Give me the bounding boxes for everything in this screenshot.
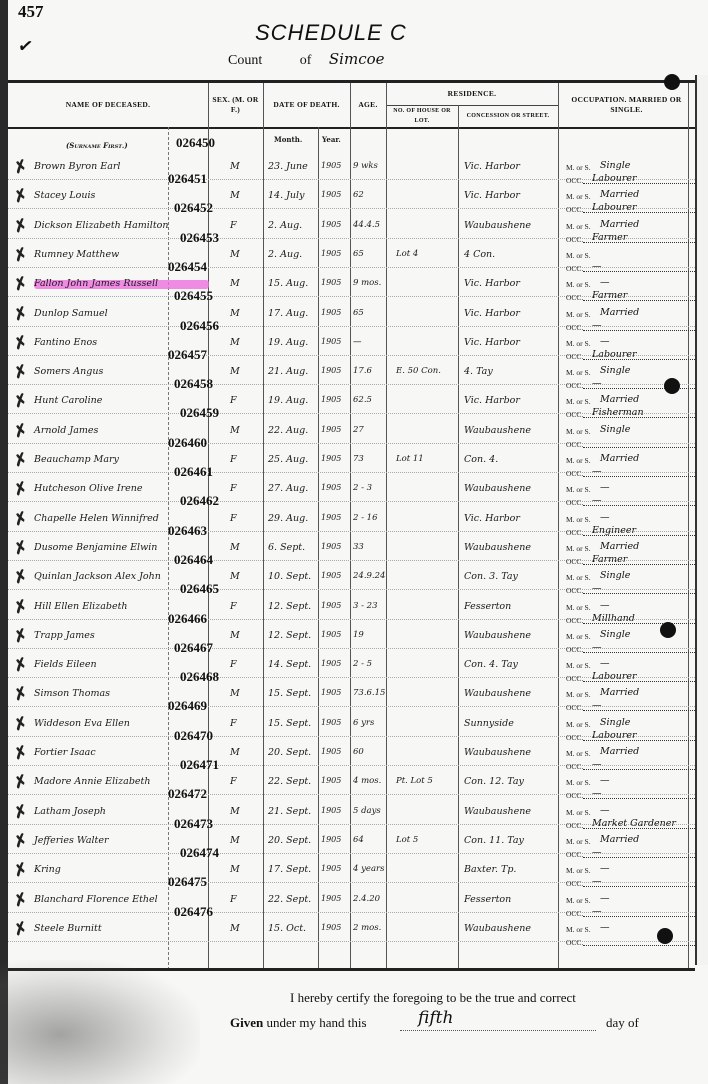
death-year: 1905 <box>321 835 341 844</box>
occupation-value: — <box>592 906 602 917</box>
registration-number: 026475 <box>168 874 207 890</box>
occupation-label: OCC. <box>566 528 583 537</box>
registration-number: 026452 <box>174 200 213 216</box>
occupation-dotted-line <box>583 945 695 946</box>
death-year: 1905 <box>321 688 341 697</box>
death-date: 27. Aug. <box>268 483 308 494</box>
occupation-value: Millhand <box>592 613 635 624</box>
cross-mark-icon: ✗ <box>11 712 30 735</box>
county-of-label: of <box>300 53 312 69</box>
sex-value: M <box>230 425 240 436</box>
page-number: 457 <box>18 2 44 22</box>
deceased-name: Fallon John James Russell <box>34 278 158 289</box>
occupation-value: Labourer <box>592 173 637 184</box>
cross-mark-icon: ✗ <box>11 507 30 530</box>
sex-value: F <box>230 454 237 465</box>
sex-value: F <box>230 659 237 670</box>
death-date: 19. Aug. <box>268 337 308 348</box>
registration-number: 026469 <box>168 698 207 714</box>
sex-value: M <box>230 308 240 319</box>
occupation-value: Labourer <box>592 730 637 741</box>
death-date: 21. Sept. <box>268 806 311 817</box>
header-street: CONCESSION OR STREET. <box>458 105 558 127</box>
occupation-value: — <box>592 583 602 594</box>
marital-status: Single <box>600 629 630 640</box>
cross-mark-icon: ✗ <box>11 859 30 882</box>
death-year: 1905 <box>321 776 341 785</box>
marital-status: Married <box>600 453 639 464</box>
concession-street: Waubaushene <box>464 630 531 641</box>
death-year: 1905 <box>321 220 341 229</box>
table-header: NAME OF DECEASED. SEX. (M. OR F.) DATE O… <box>8 83 695 129</box>
binder-hole <box>660 622 676 638</box>
year-label: Year. <box>322 135 341 144</box>
occupation-value: — <box>592 876 602 887</box>
age-value: 60 <box>353 747 364 757</box>
occupation-value: — <box>592 847 602 858</box>
death-date: 2. Aug. <box>268 220 302 231</box>
age-value: 19 <box>353 630 364 640</box>
death-date: 17. Aug. <box>268 308 308 319</box>
death-date: 15. Oct. <box>268 923 306 934</box>
marital-status: — <box>600 658 610 669</box>
age-value: — <box>353 337 362 347</box>
sex-value: F <box>230 513 237 524</box>
occupation-label: OCC. <box>566 410 583 419</box>
death-year: 1905 <box>321 806 341 815</box>
sex-value: M <box>230 923 240 934</box>
age-value: 64 <box>353 835 364 845</box>
married-single-label: M. or S. <box>566 163 591 172</box>
married-single-label: M. or S. <box>566 339 591 348</box>
occupation-value: Farmer <box>592 232 627 243</box>
sex-value: F <box>230 718 237 729</box>
age-value: 2 - 3 <box>353 483 372 493</box>
age-value: 9 wks <box>353 161 378 171</box>
concession-street: Fesserton <box>464 601 511 612</box>
married-single-label: M. or S. <box>566 515 591 524</box>
marital-status: Single <box>600 160 630 171</box>
marital-status: — <box>600 482 610 493</box>
occupation-label: OCC. <box>566 821 583 830</box>
page-title: SCHEDULE C <box>255 20 407 46</box>
concession-street: Waubaushene <box>464 425 531 436</box>
marital-status: Married <box>600 746 639 757</box>
occupation-label: OCC. <box>566 498 583 507</box>
column-divider <box>558 83 559 968</box>
occupation-label: OCC. <box>566 674 583 683</box>
registration-number: 026456 <box>180 318 219 334</box>
death-year: 1905 <box>321 571 341 580</box>
death-date: 22. Sept. <box>268 894 311 905</box>
house-lot: Pt. Lot 5 <box>396 776 433 786</box>
concession-street: Vic. Harbor <box>464 278 520 289</box>
age-value: 4 mos. <box>353 776 381 786</box>
occupation-label: OCC. <box>566 791 583 800</box>
occupation-label: OCC. <box>566 909 583 918</box>
death-date: 22. Aug. <box>268 425 308 436</box>
column-divider <box>318 127 319 968</box>
sex-value: M <box>230 747 240 758</box>
married-single-label: M. or S. <box>566 720 591 729</box>
death-date: 15. Sept. <box>268 718 311 729</box>
sex-value: F <box>230 776 237 787</box>
occupation-value: Market Gardener <box>592 818 676 829</box>
death-date: 17. Sept. <box>268 864 311 875</box>
marital-status: — <box>600 775 610 786</box>
death-date: 19. Aug. <box>268 395 308 406</box>
death-date: 15. Aug. <box>268 278 308 289</box>
death-year: 1905 <box>321 454 341 463</box>
house-lot: Lot 5 <box>396 835 418 845</box>
married-single-label: M. or S. <box>566 544 591 553</box>
surname-first-note: (Surname First.) <box>66 141 128 150</box>
concession-street: Con. 12. Tay <box>464 776 524 787</box>
sex-value: F <box>230 894 237 905</box>
deceased-name: Dickson Elizabeth Hamilton <box>34 220 169 231</box>
concession-street: Con. 4. Tay <box>464 659 518 670</box>
death-year: 1905 <box>321 601 341 610</box>
registration-number: 026473 <box>174 816 213 832</box>
cross-mark-icon: ✗ <box>11 214 30 237</box>
death-date: 14. July <box>268 190 304 201</box>
occupation-value: Labourer <box>592 671 637 682</box>
deceased-name: Kring <box>34 864 61 875</box>
marital-status: — <box>600 600 610 611</box>
day-of-text: day of <box>606 1015 639 1031</box>
deceased-name: Steele Burnitt <box>34 923 102 934</box>
age-value: 24.9.24 <box>353 571 385 581</box>
sex-value: M <box>230 864 240 875</box>
age-value: 2 - 5 <box>353 659 372 669</box>
deceased-name: Jefferies Walter <box>34 835 109 846</box>
sex-value: M <box>230 278 240 289</box>
married-single-label: M. or S. <box>566 280 591 289</box>
age-value: 4 years <box>353 864 384 874</box>
cross-mark-icon: ✗ <box>11 566 30 589</box>
married-single-label: M. or S. <box>566 896 591 905</box>
married-single-label: M. or S. <box>566 251 591 260</box>
married-single-label: M. or S. <box>566 690 591 699</box>
column-divider <box>263 83 264 968</box>
concession-street: Waubaushene <box>464 747 531 758</box>
given-line: Given under my hand this <box>230 1015 367 1031</box>
marital-status: — <box>600 863 610 874</box>
cross-mark-icon: ✗ <box>11 478 30 501</box>
cross-mark-icon: ✗ <box>11 624 30 647</box>
concession-street: Waubaushene <box>464 688 531 699</box>
death-year: 1905 <box>321 249 341 258</box>
occupation-label: OCC. <box>566 850 583 859</box>
death-date: 6. Sept. <box>268 542 305 553</box>
married-single-label: M. or S. <box>566 837 591 846</box>
marital-status: Married <box>600 687 639 698</box>
certification-footer: I hereby certify the foregoing to be the… <box>0 965 708 1084</box>
sex-value: F <box>230 220 237 231</box>
age-value: 2 - 16 <box>353 513 378 523</box>
marital-status: Single <box>600 424 630 435</box>
registration-number: 026476 <box>174 904 213 920</box>
marital-status: Single <box>600 365 630 376</box>
death-year: 1905 <box>321 864 341 873</box>
deceased-name: Fortier Isaac <box>34 747 96 758</box>
marital-status: — <box>600 922 610 933</box>
deceased-name: Fields Eileen <box>34 659 97 670</box>
concession-street: Waubaushene <box>464 806 531 817</box>
concession-street: Waubaushene <box>464 220 531 231</box>
occupation-value: Farmer <box>592 554 627 565</box>
death-year: 1905 <box>321 894 341 903</box>
registration-number: 026462 <box>180 493 219 509</box>
given-word: Given <box>230 1015 263 1030</box>
marital-status: Married <box>600 394 639 405</box>
registration-number: 026455 <box>174 288 213 304</box>
header-date: DATE OF DEATH. <box>263 83 350 127</box>
sex-value: M <box>230 688 240 699</box>
occupation-label: OCC. <box>566 205 583 214</box>
cross-mark-icon: ✗ <box>11 654 30 677</box>
deceased-name: Brown Byron Earl <box>34 161 120 172</box>
age-value: 73.6.15 <box>353 688 385 698</box>
occupation-label: OCC. <box>566 176 583 185</box>
marital-status: Married <box>600 541 639 552</box>
deceased-name: Latham Joseph <box>34 806 106 817</box>
married-single-label: M. or S. <box>566 778 591 787</box>
age-value: 2.4.20 <box>353 894 380 904</box>
registration-number: 026453 <box>180 230 219 246</box>
age-value: 9 mos. <box>353 278 381 288</box>
occupation-label: OCC. <box>566 235 583 244</box>
house-lot: E. 50 Con. <box>396 366 441 376</box>
sex-value: M <box>230 161 240 172</box>
married-single-label: M. or S. <box>566 485 591 494</box>
deceased-name: Quinlan Jackson Alex John <box>34 571 161 582</box>
concession-street: Vic. Harbor <box>464 308 520 319</box>
marital-status: — <box>600 336 610 347</box>
sex-value: F <box>230 601 237 612</box>
deceased-name: Stacey Louis <box>34 190 95 201</box>
death-date: 29. Aug. <box>268 513 308 524</box>
occupation-dotted-line <box>583 447 695 448</box>
married-single-label: M. or S. <box>566 603 591 612</box>
header-sex: SEX. (M. OR F.) <box>208 83 263 127</box>
cross-mark-icon: ✗ <box>11 917 30 940</box>
death-year: 1905 <box>321 923 341 932</box>
registration-number: 026467 <box>174 640 213 656</box>
age-value: 2 mos. <box>353 923 381 933</box>
cross-mark-icon: ✗ <box>11 155 30 178</box>
death-year: 1905 <box>321 278 341 287</box>
concession-street: Vic. Harbor <box>464 190 520 201</box>
column-divider <box>168 127 169 968</box>
death-date: 12. Sept. <box>268 601 311 612</box>
cross-mark-icon: ✗ <box>11 302 30 325</box>
deceased-name: Fantino Enos <box>34 337 97 348</box>
death-date: 25. Aug. <box>268 454 308 465</box>
sex-value: M <box>230 571 240 582</box>
certify-text: I hereby certify the foregoing to be the… <box>290 990 576 1006</box>
death-date: 2. Aug. <box>268 249 302 260</box>
check-mark-icon: ✓ <box>16 35 35 58</box>
death-register-table: NAME OF DECEASED. SEX. (M. OR F.) DATE O… <box>8 80 695 971</box>
concession-street: Con. 4. <box>464 454 498 465</box>
death-date: 15. Sept. <box>268 688 311 699</box>
death-year: 1905 <box>321 337 341 346</box>
occupation-value: — <box>592 320 602 331</box>
age-value: 65 <box>353 308 364 318</box>
marital-status: Married <box>600 189 639 200</box>
binder-hole <box>664 74 680 90</box>
cross-mark-icon: ✗ <box>11 331 30 354</box>
scan-edge <box>0 0 8 1084</box>
married-single-label: M. or S. <box>566 368 591 377</box>
married-single-label: M. or S. <box>566 925 591 934</box>
age-value: 6 yrs <box>353 718 374 728</box>
concession-street: Vic. Harbor <box>464 161 520 172</box>
deceased-name: Beauchamp Mary <box>34 454 119 465</box>
occupation-label: OCC. <box>566 938 583 947</box>
table-row <box>8 941 695 942</box>
sex-value: M <box>230 190 240 201</box>
registration-number: 026458 <box>174 376 213 392</box>
cross-mark-icon: ✗ <box>11 361 30 384</box>
cross-mark-icon: ✗ <box>11 390 30 413</box>
married-single-label: M. or S. <box>566 192 591 201</box>
death-date: 20. Sept. <box>268 747 311 758</box>
concession-street: Waubaushene <box>464 542 531 553</box>
occupation-label: OCC. <box>566 586 583 595</box>
age-value: 33 <box>353 542 364 552</box>
occupation-label: OCC. <box>566 469 583 478</box>
age-value: 73 <box>353 454 364 464</box>
registration-number: 026451 <box>168 171 207 187</box>
cross-mark-icon: ✗ <box>11 273 30 296</box>
deceased-name: Rumney Matthew <box>34 249 119 260</box>
deceased-name: Hunt Caroline <box>34 395 102 406</box>
concession-street: 4. Tay <box>464 366 493 377</box>
occupation-label: OCC. <box>566 293 583 302</box>
death-year: 1905 <box>321 542 341 551</box>
header-name: NAME OF DECEASED. <box>8 83 208 127</box>
death-year: 1905 <box>321 308 341 317</box>
married-single-label: M. or S. <box>566 222 591 231</box>
death-year: 1905 <box>321 483 341 492</box>
registration-number: 026460 <box>168 435 207 451</box>
death-date: 23. June <box>268 161 308 172</box>
marital-status: — <box>600 512 610 523</box>
deceased-name: Blanchard Florence Ethel <box>34 894 158 905</box>
death-date: 12. Sept. <box>268 630 311 641</box>
registration-number: 026468 <box>180 669 219 685</box>
cross-mark-icon: ✗ <box>11 448 30 471</box>
marital-status: Single <box>600 570 630 581</box>
married-single-label: M. or S. <box>566 310 591 319</box>
column-divider <box>688 83 689 968</box>
concession-street: Sunnyside <box>464 718 514 729</box>
deceased-name: Simson Thomas <box>34 688 110 699</box>
married-single-label: M. or S. <box>566 456 591 465</box>
age-value: 5 days <box>353 806 381 816</box>
married-single-label: M. or S. <box>566 808 591 817</box>
married-single-label: M. or S. <box>566 749 591 758</box>
death-year: 1905 <box>321 161 341 170</box>
sex-value: M <box>230 249 240 260</box>
day-value: fifth <box>418 1008 453 1028</box>
concession-street: Vic. Harbor <box>464 513 520 524</box>
age-value: 62.5 <box>353 395 372 405</box>
married-single-label: M. or S. <box>566 397 591 406</box>
concession-street: Vic. Harbor <box>464 395 520 406</box>
concession-street: Baxter. Tp. <box>464 864 516 875</box>
cross-mark-icon: ✗ <box>11 741 30 764</box>
married-single-label: M. or S. <box>566 573 591 582</box>
binder-hole <box>657 928 673 944</box>
occupation-value: — <box>592 261 602 272</box>
sex-value: M <box>230 835 240 846</box>
occupation-value: Labourer <box>592 349 637 360</box>
occupation-value: Farmer <box>592 290 627 301</box>
death-year: 1905 <box>321 425 341 434</box>
deceased-name: Dusome Benjamine Elwin <box>34 542 157 553</box>
cross-mark-icon: ✗ <box>11 243 30 266</box>
death-year: 1905 <box>321 747 341 756</box>
occupation-value: Labourer <box>592 202 637 213</box>
death-date: 22. Sept. <box>268 776 311 787</box>
sex-value: M <box>230 337 240 348</box>
occupation-label: OCC. <box>566 762 583 771</box>
occupation-value: — <box>592 378 602 389</box>
month-label: Month. <box>274 135 302 144</box>
age-value: 17.6 <box>353 366 372 376</box>
occupation-label: OCC. <box>566 879 583 888</box>
occupation-value: — <box>592 642 602 653</box>
concession-street: Fesserton <box>464 894 511 905</box>
header-house: NO. OF HOUSE OR LOT. <box>386 105 458 127</box>
occupation-label: OCC. <box>566 264 583 273</box>
header-age: AGE. <box>350 83 386 127</box>
cross-mark-icon: ✗ <box>11 683 30 706</box>
death-year: 1905 <box>321 630 341 639</box>
cross-mark-icon: ✗ <box>11 771 30 794</box>
occupation-label: OCC. <box>566 323 583 332</box>
married-single-label: M. or S. <box>566 866 591 875</box>
marital-status: — <box>600 277 610 288</box>
county-label: Count <box>228 53 262 69</box>
age-value: 27 <box>353 425 364 435</box>
registration-number: 026466 <box>168 611 207 627</box>
adjacent-page-margin <box>695 75 708 965</box>
cross-mark-icon: ✗ <box>11 419 30 442</box>
registration-number: 026461 <box>174 464 213 480</box>
deceased-name: Trapp James <box>34 630 95 641</box>
deceased-name: Madore Annie Elizabeth <box>34 776 150 787</box>
given-text: under my hand this <box>266 1015 366 1030</box>
deceased-name: Somers Angus <box>34 366 103 377</box>
age-value: 3 - 23 <box>353 601 378 611</box>
registration-number: 026457 <box>168 347 207 363</box>
county-value: Simcoe <box>329 50 385 68</box>
deceased-name: Hill Ellen Elizabeth <box>34 601 128 612</box>
death-year: 1905 <box>321 395 341 404</box>
registration-number: 026450 <box>176 135 215 151</box>
occupation-value: — <box>592 700 602 711</box>
marital-status: — <box>600 805 610 816</box>
married-single-label: M. or S. <box>566 427 591 436</box>
registration-number: 026472 <box>168 786 207 802</box>
cross-mark-icon: ✗ <box>11 185 30 208</box>
sex-value: M <box>230 366 240 377</box>
registration-number: 026470 <box>174 728 213 744</box>
